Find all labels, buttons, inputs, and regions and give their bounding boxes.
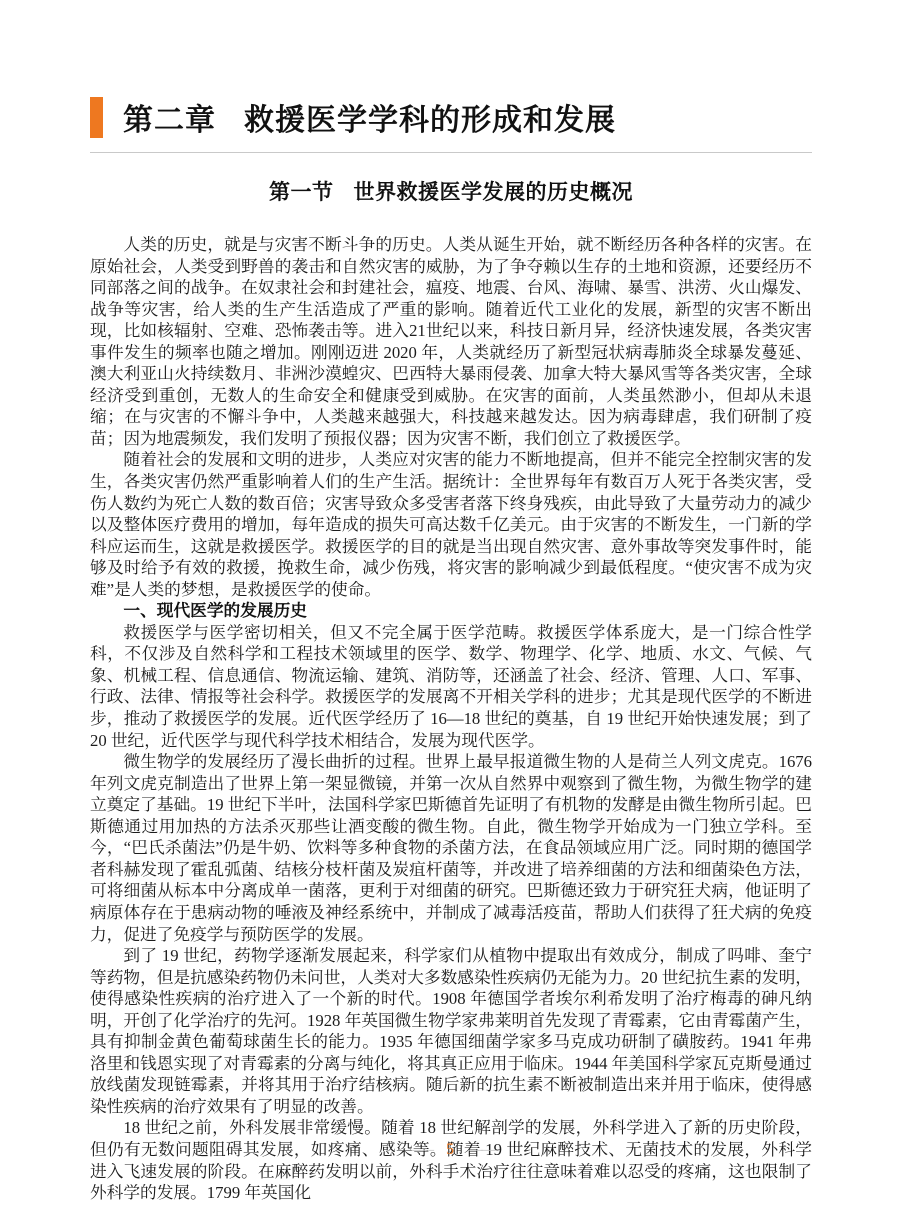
chapter-label: 第二章 [123, 104, 216, 137]
paragraph: 到了 19 世纪，药物学逐渐发展起来，科学家们从植物中提取出有效成分，制成了吗啡… [90, 945, 812, 1117]
chapter-title: 第二章救援医学学科的形成和发展 [123, 95, 616, 139]
page-footer: —— 5 —— [0, 1141, 900, 1159]
book-page: 第二章救援医学学科的形成和发展 第一节世界救援医学发展的历史概况 人类的历史，就… [0, 0, 900, 1213]
footer-right-dash: —— [468, 1142, 494, 1159]
paragraph: 救援医学与医学密切相关，但又不完全属于医学范畴。救援医学体系庞大，是一门综合性学… [90, 622, 812, 751]
body-text: 人类的历史，就是与灾害不断斗争的历史。人类从诞生开始，就不断经历各种各样的灾害。… [90, 234, 812, 1204]
chapter-divider-rule [90, 152, 812, 153]
chapter-accent-bar [90, 97, 103, 138]
chapter-header: 第二章救援医学学科的形成和发展 [90, 95, 812, 139]
chapter-title-text: 救援医学学科的形成和发展 [244, 104, 616, 137]
paragraph: 人类的历史，就是与灾害不断斗争的历史。人类从诞生开始，就不断经历各种各样的灾害。… [90, 234, 812, 449]
section-label: 第一节 [269, 181, 334, 204]
section-title: 第一节世界救援医学发展的历史概况 [90, 176, 812, 206]
paragraph: 18 世纪之前，外科发展非常缓慢。随着 18 世纪解剖学的发展，外科学进入了新的… [90, 1117, 812, 1203]
section-title-text: 世界救援医学发展的历史概况 [354, 181, 634, 204]
paragraph: 微生物学的发展经历了漫长曲折的过程。世界上最早报道微生物的人是荷兰人列文虎克。1… [90, 751, 812, 945]
subsection-heading: 一、现代医学的发展历史 [90, 600, 812, 622]
footer-left-dash: —— [406, 1142, 432, 1159]
page-number: 5 [446, 1141, 454, 1159]
paragraph: 随着社会的发展和文明的进步，人类应对灾害的能力不断地提高，但并不能完全控制灾害的… [90, 449, 812, 600]
